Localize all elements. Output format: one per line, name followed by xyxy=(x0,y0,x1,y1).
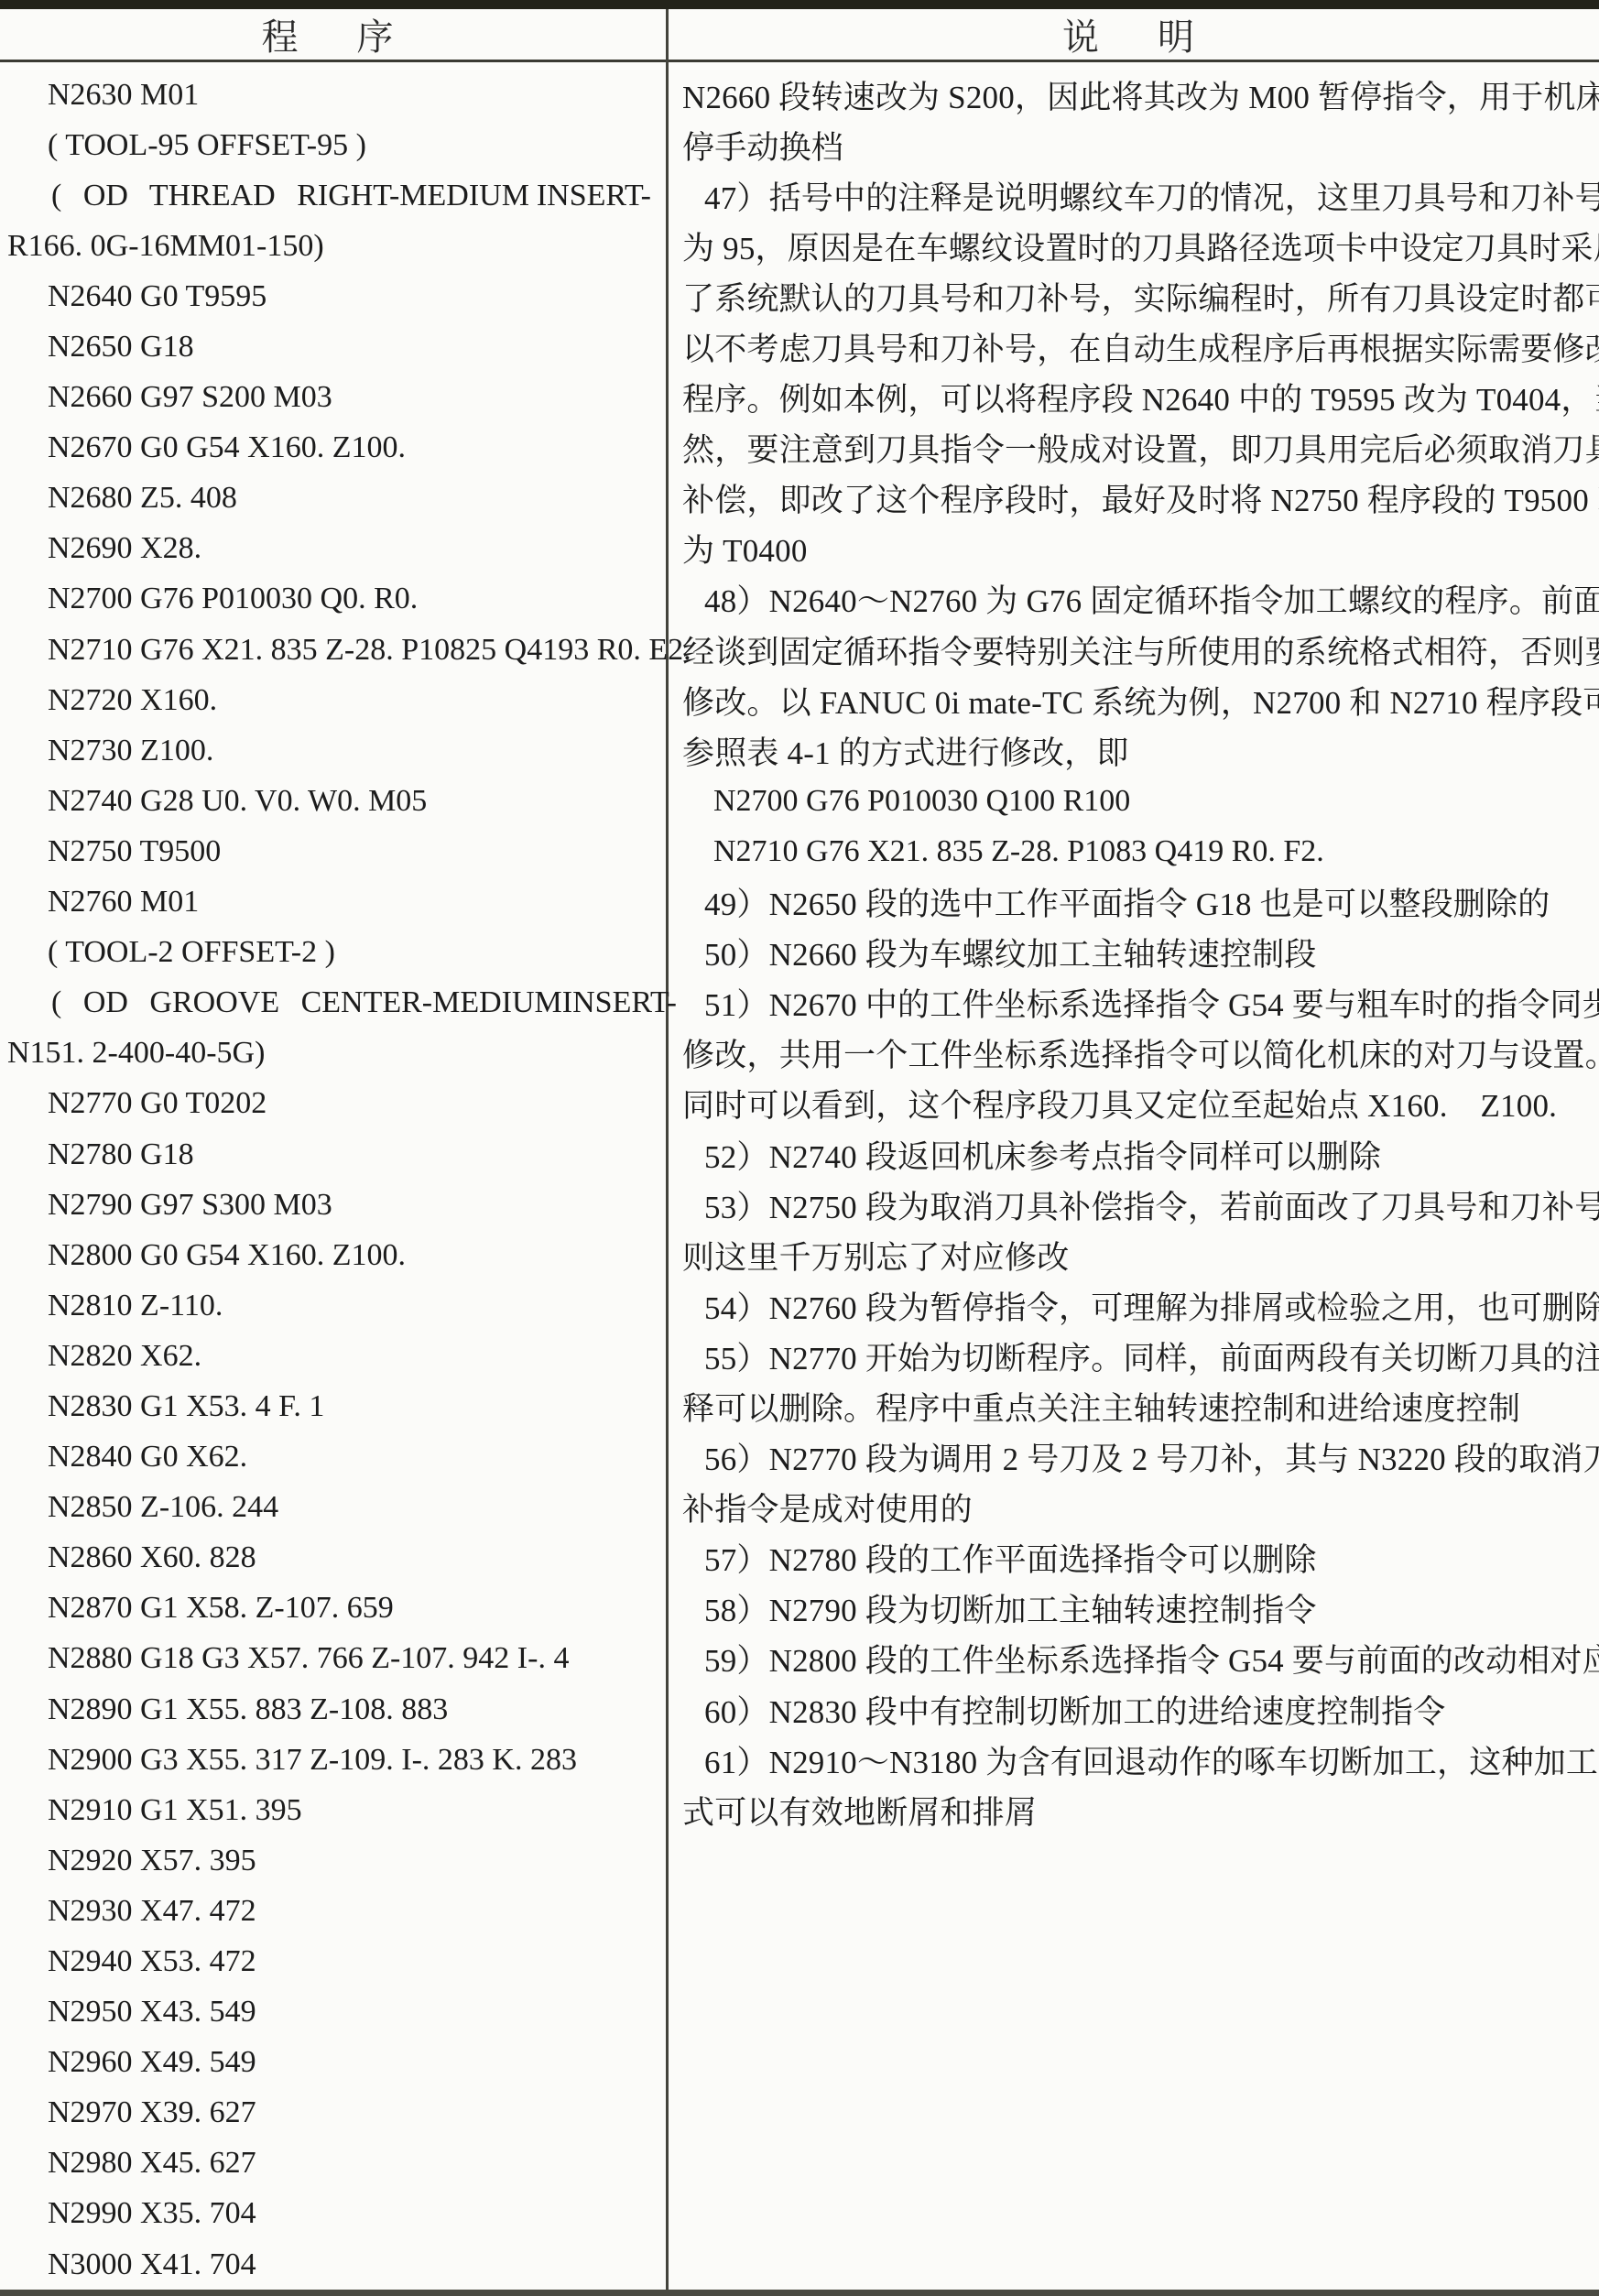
program-line: N2640 G0 T9595 xyxy=(0,271,666,321)
note-line: 补偿，即改了这个程序段时，最好及时将 N2750 程序段的 T9500 改 xyxy=(682,473,1599,524)
note-line: 61）N2910～N3180 为含有回退动作的啄车切断加工，这种加工方 xyxy=(682,1735,1599,1785)
program-line-right-segment: INSERT- xyxy=(562,985,677,1020)
program-line: N2950 X43. 549 xyxy=(0,1987,666,2038)
note-line: 51）N2670 中的工件坐标系选择指令 G54 要与粗车时的指令同步 xyxy=(682,978,1599,1028)
program-line: N2890 G1 X55. 883 Z-108. 883 xyxy=(0,1684,666,1735)
program-line: N2810 Z-110. xyxy=(0,1280,666,1331)
table-bottom-border xyxy=(0,2290,1599,2296)
note-line: 参照表 4-1 的方式进行修改，即 xyxy=(682,725,1599,776)
program-line: N2770 G0 T0202 xyxy=(0,1079,666,1129)
program-line: N2840 G0 X62. xyxy=(0,1432,666,1483)
program-line: N3000 X41. 704 xyxy=(0,2239,666,2290)
program-header-cell: 程 序 xyxy=(0,9,666,60)
note-line: 58）N2790 段为切断加工主轴转速控制指令 xyxy=(682,1583,1599,1634)
program-line: N2670 G0 G54 X160. Z100. xyxy=(0,423,666,473)
note-line: 48）N2640～N2760 为 G76 固定循环指令加工螺纹的程序。前面已 xyxy=(682,574,1599,625)
note-line: 修改，共用一个工件坐标系选择指令可以简化机床的对刀与设置。 xyxy=(682,1028,1599,1079)
program-line: N2860 X60. 828 xyxy=(0,1533,666,1583)
program-line: N2940 X53. 472 xyxy=(0,1936,666,1986)
note-line: 以不考虑刀具号和刀补号，在自动生成程序后再根据实际需要修改 xyxy=(682,321,1599,372)
program-line: N2830 G1 X53. 4 F. 1 xyxy=(0,1381,666,1431)
program-line: N2740 G28 U0. V0. W0. M05 xyxy=(0,776,666,826)
program-line: N2630 M01 xyxy=(0,70,666,120)
note-line: 57）N2780 段的工作平面选择指令可以删除 xyxy=(682,1533,1599,1583)
note-line: N2710 G76 X21. 835 Z-28. P1083 Q419 R0. … xyxy=(682,826,1599,876)
program-line: N2930 X47. 472 xyxy=(0,1886,666,1936)
program-line-left-segment: ( OD THREAD RIGHT-MEDIUM xyxy=(51,179,529,213)
notes-header-cell: 说 明 xyxy=(669,9,1599,60)
program-line: N2660 G97 S200 M03 xyxy=(0,373,666,423)
program-line: ( TOOL-2 OFFSET-2 ) xyxy=(0,928,666,978)
program-line-left-segment: ( OD GROOVE CENTER-MEDIUM xyxy=(51,985,562,1020)
program-line: N2730 Z100. xyxy=(0,725,666,776)
program-line: N2870 G1 X58. Z-107. 659 xyxy=(0,1583,666,1634)
note-line: 同时可以看到，这个程序段刀具又定位至起始点 X160. Z100. xyxy=(682,1079,1599,1129)
note-line: 式可以有效地断屑和排屑 xyxy=(682,1785,1599,1835)
program-line: N2880 G18 G3 X57. 766 Z-107. 942 I-. 4 xyxy=(0,1634,666,1684)
header-rule xyxy=(0,60,1599,62)
note-line: 54）N2760 段为暂停指令，可理解为排屑或检验之用，也可删除 xyxy=(682,1280,1599,1331)
note-line: 经谈到固定循环指令要特别关注与所使用的系统格式相符，否则要 xyxy=(682,625,1599,675)
note-line: 52）N2740 段返回机床参考点指令同样可以删除 xyxy=(682,1129,1599,1180)
program-line: N2980 X45. 627 xyxy=(0,2138,666,2189)
program-line: N151. 2-400-40-5G) xyxy=(0,1028,666,1079)
page: 程 序 说 明 N2630 M01( TOOL-95 OFFSET-95 )( … xyxy=(0,0,1599,2296)
note-line: N2660 段转速改为 S200，因此将其改为 M00 暂停指令，用于机床暂 xyxy=(682,70,1599,120)
note-line: 60）N2830 段中有控制切断加工的进给速度控制指令 xyxy=(682,1684,1599,1735)
program-line: N2690 X28. xyxy=(0,524,666,574)
note-line: 补指令是成对使用的 xyxy=(682,1483,1599,1533)
note-line: 59）N2800 段的工件坐标系选择指令 G54 要与前面的改动相对应 xyxy=(682,1634,1599,1684)
program-line: ( OD THREAD RIGHT-MEDIUMINSERT- xyxy=(0,170,666,221)
program-line: N2680 Z5. 408 xyxy=(0,473,666,524)
program-line: N2970 X39. 627 xyxy=(0,2088,666,2138)
note-line: 修改。以 FANUC 0i mate-TC 系统为例，N2700 和 N2710… xyxy=(682,675,1599,725)
program-line: ( OD GROOVE CENTER-MEDIUMINSERT- xyxy=(0,978,666,1028)
note-line: 55）N2770 开始为切断程序。同样，前面两段有关切断刀具的注 xyxy=(682,1331,1599,1381)
note-line: 53）N2750 段为取消刀具补偿指令，若前面改了刀具号和刀补号， xyxy=(682,1180,1599,1230)
note-line: 了系统默认的刀具号和刀补号，实际编程时，所有刀具设定时都可 xyxy=(682,271,1599,321)
note-line: 49）N2650 段的选中工作平面指令 G18 也是可以整段删除的 xyxy=(682,877,1599,928)
program-line: N2720 X160. xyxy=(0,675,666,725)
note-line: 为 T0400 xyxy=(682,524,1599,574)
program-line: N2960 X49. 549 xyxy=(0,2038,666,2088)
column-divider xyxy=(666,9,669,2290)
program-line: N2820 X62. xyxy=(0,1331,666,1381)
program-line: N2920 X57. 395 xyxy=(0,1835,666,1886)
program-line: N2650 G18 xyxy=(0,321,666,372)
program-line: N2800 G0 G54 X160. Z100. xyxy=(0,1230,666,1280)
note-line: 47）括号中的注释是说明螺纹车刀的情况，这里刀具号和刀补号 xyxy=(682,170,1599,221)
program-line: N2990 X35. 704 xyxy=(0,2189,666,2239)
program-line: N2700 G76 P010030 Q0. R0. xyxy=(0,574,666,625)
program-line: N2900 G3 X55. 317 Z-109. I-. 283 K. 283 xyxy=(0,1735,666,1785)
note-line: 程序。例如本例，可以将程序段 N2640 中的 T9595 改为 T0404，当 xyxy=(682,373,1599,423)
program-line: N2850 Z-106. 244 xyxy=(0,1483,666,1533)
table-top-border xyxy=(0,0,1599,9)
note-line: 然，要注意到刀具指令一般成对设置，即刀具用完后必须取消刀具 xyxy=(682,423,1599,473)
program-line: R166. 0G-16MM01-150) xyxy=(0,221,666,271)
program-line-right-segment: INSERT- xyxy=(537,179,651,213)
program-line: ( TOOL-95 OFFSET-95 ) xyxy=(0,120,666,170)
note-line: 释可以删除。程序中重点关注主轴转速控制和进给速度控制 xyxy=(682,1381,1599,1431)
program-line: N2710 G76 X21. 835 Z-28. P10825 Q4193 R0… xyxy=(0,625,666,675)
program-line: N2760 M01 xyxy=(0,877,666,928)
note-line: 为 95，原因是在车螺纹设置时的刀具路径选项卡中设定刀具时采用 xyxy=(682,221,1599,271)
note-line: 50）N2660 段为车螺纹加工主轴转速控制段 xyxy=(682,928,1599,978)
note-line: 则这里千万别忘了对应修改 xyxy=(682,1230,1599,1280)
note-line: 停手动换档 xyxy=(682,120,1599,170)
program-line: N2780 G18 xyxy=(0,1129,666,1180)
notes-column: N2660 段转速改为 S200，因此将其改为 M00 暂停指令，用于机床暂停手… xyxy=(682,70,1599,1835)
note-line: N2700 G76 P010030 Q100 R100 xyxy=(682,776,1599,826)
note-line: 56）N2770 段为调用 2 号刀及 2 号刀补，其与 N3220 段的取消刀 xyxy=(682,1432,1599,1483)
program-column: N2630 M01( TOOL-95 OFFSET-95 )( OD THREA… xyxy=(0,70,666,2290)
program-line: N2750 T9500 xyxy=(0,826,666,876)
program-line: N2790 G97 S300 M03 xyxy=(0,1180,666,1230)
program-line: N2910 G1 X51. 395 xyxy=(0,1785,666,1835)
